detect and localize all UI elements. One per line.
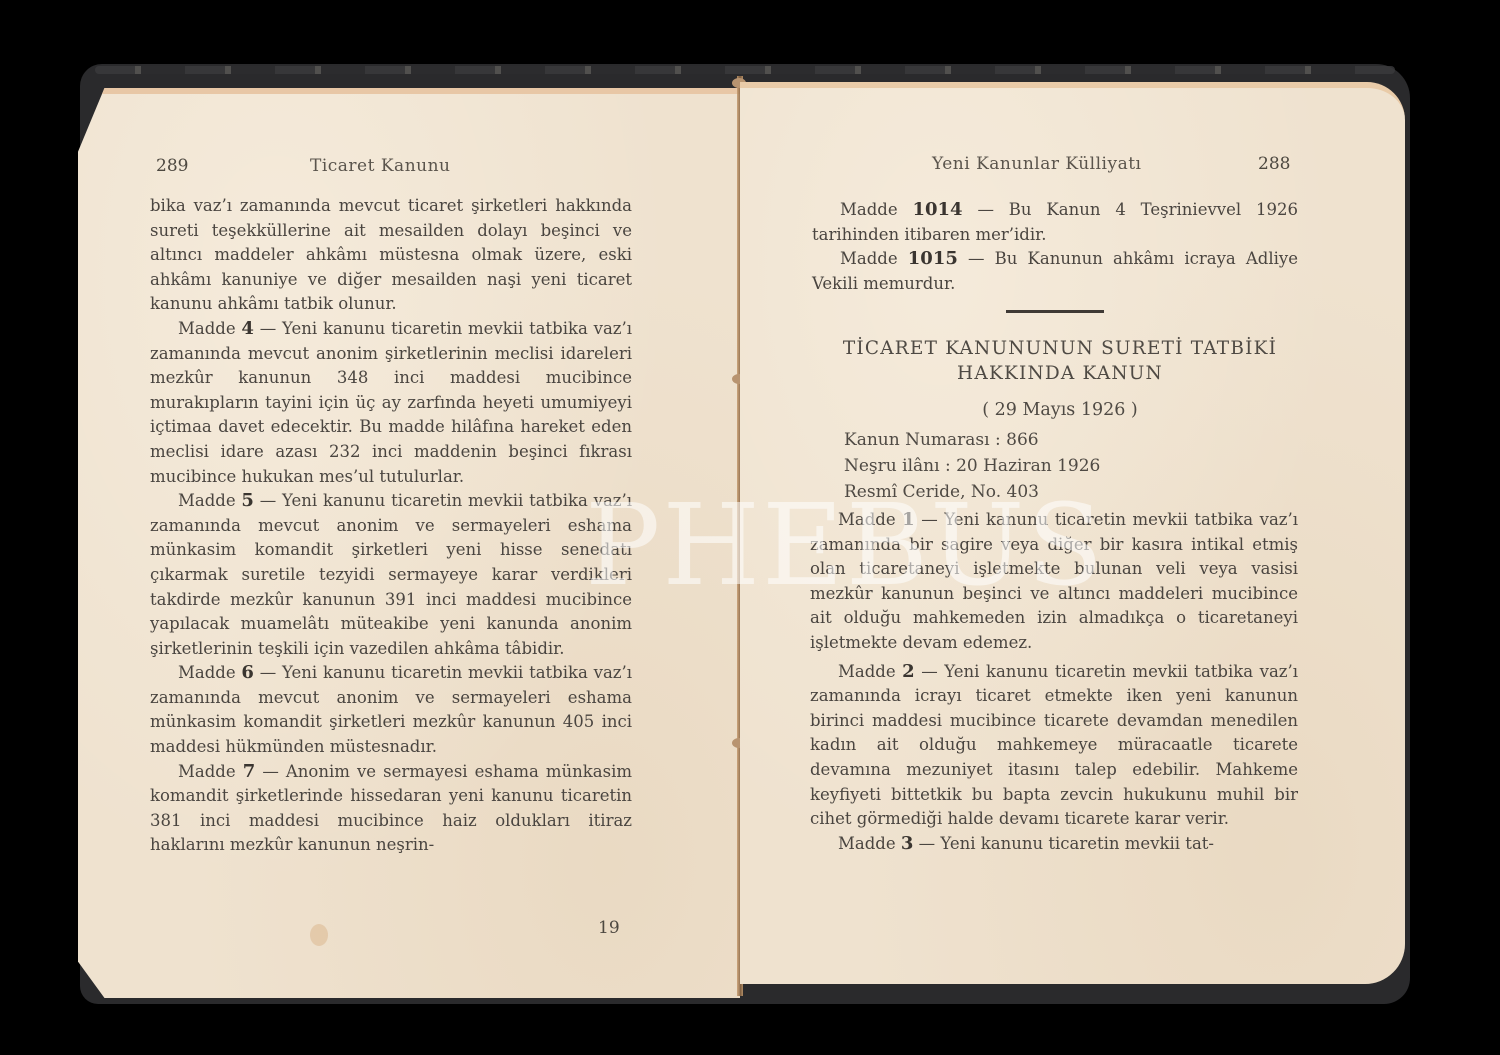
article-1014: Madde 1014 — Bu Kanun 4 Teşrinievvel 192… xyxy=(812,198,1298,247)
right-running-head: Yeni Kanunlar Külliyatı xyxy=(932,154,1141,174)
article-text: — Yeni kanunu ticaretin mevkii tat- xyxy=(919,834,1214,853)
right-page: Yeni Kanunlar Külliyatı 288 Madde 1014 —… xyxy=(740,82,1405,984)
left-text-block: bika vaz’ı zamanında mevcut ticaret şirk… xyxy=(150,194,632,858)
article-prefix: Madde xyxy=(178,491,236,510)
article-number: 2 xyxy=(902,661,915,682)
article-2: Madde 2 — Yeni kanunu ticaretin mevkii t… xyxy=(810,660,1298,832)
article-1015: Madde 1015 — Bu Kanunun ahkâmı icraya Ad… xyxy=(812,247,1298,296)
article-3: Madde 3 — Yeni kanunu ticaretin mevkii t… xyxy=(810,832,1298,857)
article-prefix: Madde xyxy=(178,663,236,682)
article-number: 3 xyxy=(901,833,914,854)
publication-date: Neşru ilânı : 20 Haziran 1926 xyxy=(844,456,1100,476)
photo-stage: 289 Ticaret Kanunu bika vaz’ı zamanında … xyxy=(0,0,1500,1055)
left-page: 289 Ticaret Kanunu bika vaz’ı zamanında … xyxy=(78,88,740,998)
article-prefix: Madde xyxy=(838,662,896,681)
cover-edge xyxy=(95,66,1395,74)
article-text: — Yeni kanunu ticaretin mevkii tatbika v… xyxy=(150,491,632,658)
article-prefix: Madde xyxy=(178,319,236,338)
article-1: Madde 1 — Yeni kanunu ticaretin mevkii t… xyxy=(810,508,1298,656)
article-7: Madde 7 — Anonim ve sermayesi eshama mün… xyxy=(150,760,632,858)
paragraph-continuation: bika vaz’ı zamanında mevcut ticaret şirk… xyxy=(150,194,632,317)
article-5: Madde 5 — Yeni kanunu ticaretin mevkii t… xyxy=(150,489,632,661)
article-number: 7 xyxy=(243,761,256,782)
article-number: 1015 xyxy=(908,248,958,269)
left-page-number: 289 xyxy=(156,156,188,176)
article-prefix: Madde xyxy=(838,834,896,853)
article-text: — Yeni kanunu ticaretin mevkii tatbika v… xyxy=(150,319,632,486)
article-prefix: Madde xyxy=(178,762,236,781)
paper-stain xyxy=(310,924,328,946)
official-gazette: Resmî Ceride, No. 403 xyxy=(844,482,1039,502)
article-6: Madde 6 — Yeni kanunu ticaretin mevkii t… xyxy=(150,661,632,759)
law-number: Kanun Numarası : 866 xyxy=(844,430,1039,450)
article-prefix: Madde xyxy=(840,200,898,219)
article-number: 4 xyxy=(241,318,254,339)
law-title-line-2: HAKKINDA KANUN xyxy=(780,361,1340,386)
section-divider xyxy=(1006,310,1104,313)
article-text: — Yeni kanunu ticaretin mevkii tatbika v… xyxy=(810,662,1298,829)
law-title-line-1: TİCARET KANUNUNUN SURETİ TATBİKİ xyxy=(780,336,1340,361)
right-text-block: Madde 1 — Yeni kanunu ticaretin mevkii t… xyxy=(810,508,1298,856)
right-page-number: 288 xyxy=(1258,154,1290,174)
right-top-articles: Madde 1014 — Bu Kanun 4 Teşrinievvel 192… xyxy=(812,198,1298,296)
article-number: 5 xyxy=(241,490,254,511)
article-prefix: Madde xyxy=(838,510,896,529)
law-date: ( 29 Mayıs 1926 ) xyxy=(780,400,1340,420)
article-prefix: Madde xyxy=(840,249,898,268)
article-text: — Yeni kanunu ticaretin mevkii tatbika v… xyxy=(810,510,1298,652)
article-number: 6 xyxy=(241,662,254,683)
article-number: 1 xyxy=(902,509,915,530)
law-title: TİCARET KANUNUNUN SURETİ TATBİKİ HAKKIND… xyxy=(780,336,1340,386)
article-number: 1014 xyxy=(912,199,962,220)
left-running-head: Ticaret Kanunu xyxy=(310,156,451,176)
signature-mark: 19 xyxy=(598,918,620,938)
article-4: Madde 4 — Yeni kanunu ticaretin mevkii t… xyxy=(150,317,632,489)
